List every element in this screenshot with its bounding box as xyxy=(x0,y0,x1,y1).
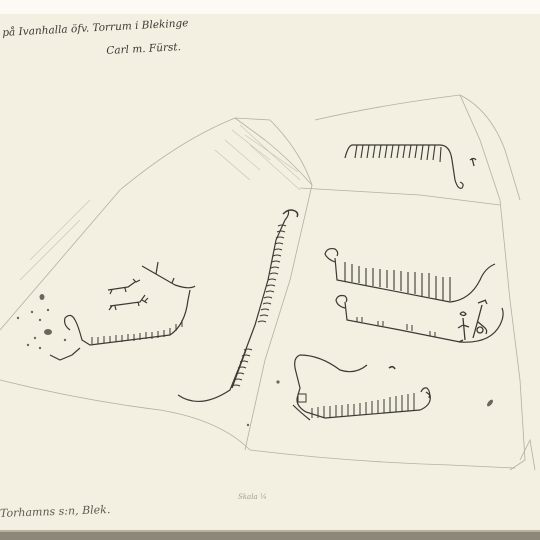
ship-middle-right-upper xyxy=(325,249,495,302)
ship-middle-right-lower xyxy=(336,296,503,343)
human-figures xyxy=(458,300,487,342)
rock-carving-drawing xyxy=(0,0,540,540)
ship-diagonal-center xyxy=(178,210,298,401)
animals-left xyxy=(108,262,195,310)
rock-shading xyxy=(20,125,300,280)
scale-mark: Skala ¼ xyxy=(238,493,267,501)
ship-bottom-center xyxy=(293,355,430,420)
ship-top-right xyxy=(345,145,476,188)
cup-marks-left xyxy=(17,294,494,426)
ship-left xyxy=(50,290,190,360)
